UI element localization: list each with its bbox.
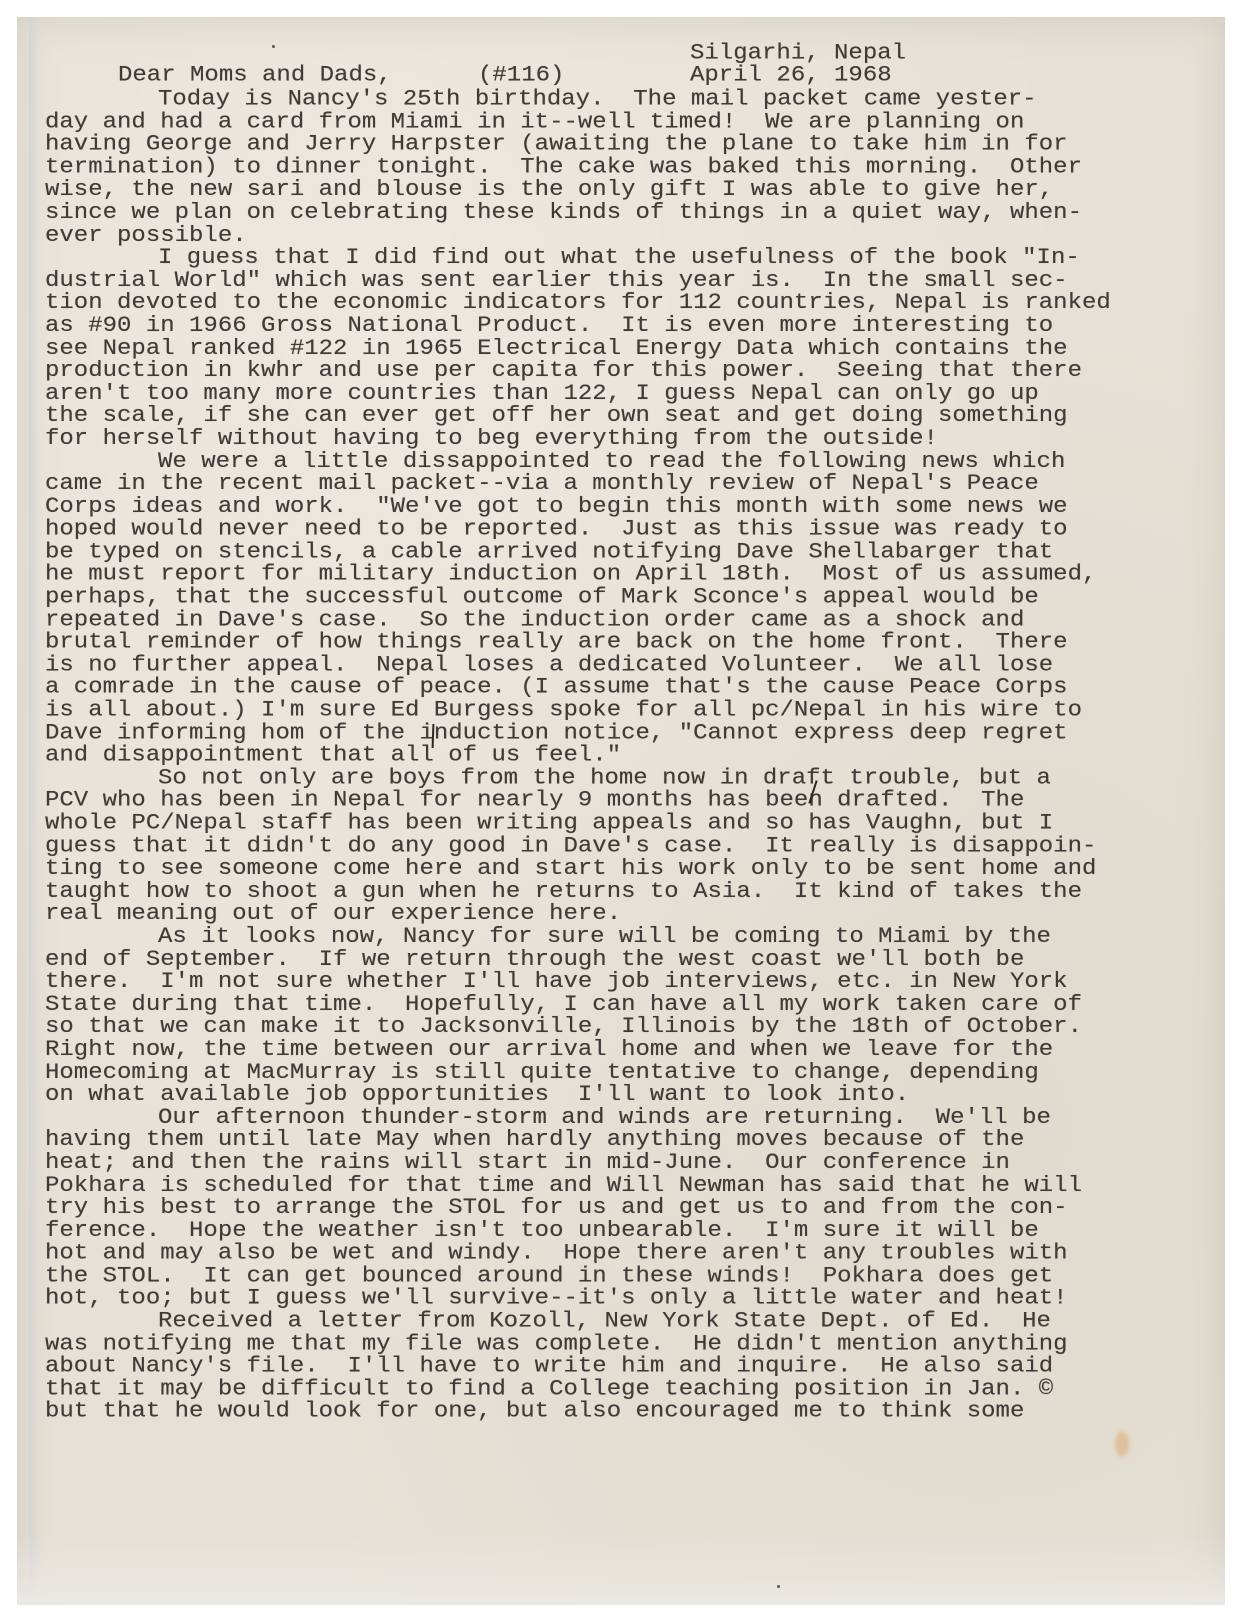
letter-line: the STOL. It can get bounced around in t…	[45, 1266, 1111, 1289]
letter-number: (#116)	[478, 65, 564, 88]
letter-line: Today is Nancy's 25th birthday. The mail…	[45, 89, 1111, 112]
letter-line: guess that it didn't do any good in Dave…	[45, 836, 1111, 859]
letter-line: hoped would never need to be reported. J…	[45, 519, 1111, 542]
letter-line: there. I'm not sure whether I'll have jo…	[45, 971, 1111, 994]
letter-line: he must report for military induction on…	[45, 564, 1111, 587]
letter-line: tion devoted to the economic indicators …	[45, 293, 1111, 316]
letter-line: whole PC/Nepal staff has been writing ap…	[45, 813, 1111, 836]
letter-line: day and had a card from Miami in it--wel…	[45, 112, 1111, 135]
letter-line: came in the recent mail packet--via a mo…	[45, 474, 1111, 497]
letter-line: heat; and then the rains will start in m…	[45, 1152, 1111, 1175]
letter-line: hot, too; but I guess we'll survive--it'…	[45, 1288, 1111, 1311]
letter-line: the scale, if she can ever get off her o…	[45, 406, 1111, 429]
letter-line: We were a little dissappointed to read t…	[45, 451, 1111, 474]
letter-line: a comrade in the cause of peace. (I assu…	[45, 677, 1111, 700]
letter-line: ference. Hope the weather isn't too unbe…	[45, 1220, 1111, 1243]
letter-line: termination) to dinner tonight. The cake…	[45, 157, 1111, 180]
letter-line: and disappointment that all of us feel."	[45, 745, 1111, 768]
letter-body: Today is Nancy's 25th birthday. The mail…	[45, 89, 1111, 1424]
letter-line: Dave informing hom of the induction noti…	[45, 723, 1111, 746]
letter-line: having them until late May when hardly a…	[45, 1130, 1111, 1153]
letter-line: repeated in Dave's case. So the inductio…	[45, 609, 1111, 632]
letter-line: but that he would look for one, but also…	[45, 1401, 1111, 1424]
letter-line: since we plan on celebrating these kinds…	[45, 202, 1111, 225]
letter-line: try his best to arrange the STOL for us …	[45, 1198, 1111, 1221]
letter-line: Received a letter from Kozoll, New York …	[45, 1311, 1111, 1334]
letter-line: ever possible.	[45, 225, 1111, 248]
letter-line: end of September. If we return through t…	[45, 949, 1111, 972]
letter-line: As it looks now, Nancy for sure will be …	[45, 926, 1111, 949]
letter-date: April 26, 1968	[690, 65, 892, 88]
letter-line: on what available job opportunities I'll…	[45, 1085, 1111, 1108]
letter-line: Right now, the time between our arrival …	[45, 1039, 1111, 1062]
letter-line: ting to see someone come here and start …	[45, 858, 1111, 881]
letter-line: is all about.) I'm sure Ed Burgess spoke…	[45, 700, 1111, 723]
letter-line: was notifying me that my file was comple…	[45, 1333, 1111, 1356]
letter-line: PCV who has been in Nepal for nearly 9 m…	[45, 790, 1111, 813]
letter-line: as #90 in 1966 Gross National Product. I…	[45, 315, 1111, 338]
letter-line: I guess that I did find out what the use…	[45, 247, 1111, 270]
letter-line: So not only are boys from the home now i…	[45, 768, 1111, 791]
letter-line: wise, the new sari and blouse is the onl…	[45, 180, 1111, 203]
letter-line: is no further appeal. Nepal loses a dedi…	[45, 655, 1111, 678]
letter-line: real meaning out of our experience here.	[45, 904, 1111, 927]
letter-line: having George and Jerry Harpster (awaiti…	[45, 134, 1111, 157]
letter-line: so that we can make it to Jacksonville, …	[45, 1017, 1111, 1040]
letter-line: perhaps, that the successful outcome of …	[45, 587, 1111, 610]
letter-line: brutal reminder of how things really are…	[45, 632, 1111, 655]
paper-stain	[1115, 1431, 1129, 1457]
letter-line: aren't too many more countries than 122,…	[45, 383, 1111, 406]
letter-line: hot and may also be wet and windy. Hope …	[45, 1243, 1111, 1266]
letter-line: about Nancy's file. I'll have to write h…	[45, 1356, 1111, 1379]
letter-line: Corps ideas and work. "We've got to begi…	[45, 496, 1111, 519]
ink-speck	[272, 45, 275, 48]
letter-line: State during that time. Hopefully, I can…	[45, 994, 1111, 1017]
ink-speck	[777, 1585, 780, 1588]
letter-line: Our afternoon thunder-storm and winds ar…	[45, 1107, 1111, 1130]
letter-line: Homecoming at MacMurray is still quite t…	[45, 1062, 1111, 1085]
letter-line: for herself without having to beg everyt…	[45, 428, 1111, 451]
letter-line: dustrial World" which was sent earlier t…	[45, 270, 1111, 293]
salutation: Dear Moms and Dads,	[118, 65, 392, 88]
letter-line: Pokhara is scheduled for that time and W…	[45, 1175, 1111, 1198]
letter-line: see Nepal ranked #122 in 1965 Electrical…	[45, 338, 1111, 361]
letter-line: taught how to shoot a gun when he return…	[45, 881, 1111, 904]
letter-line: production in kwhr and use per capita fo…	[45, 361, 1111, 384]
letter-line: be typed on stencils, a cable arrived no…	[45, 542, 1111, 565]
letter-line: that it may be difficult to find a Colle…	[45, 1379, 1111, 1402]
